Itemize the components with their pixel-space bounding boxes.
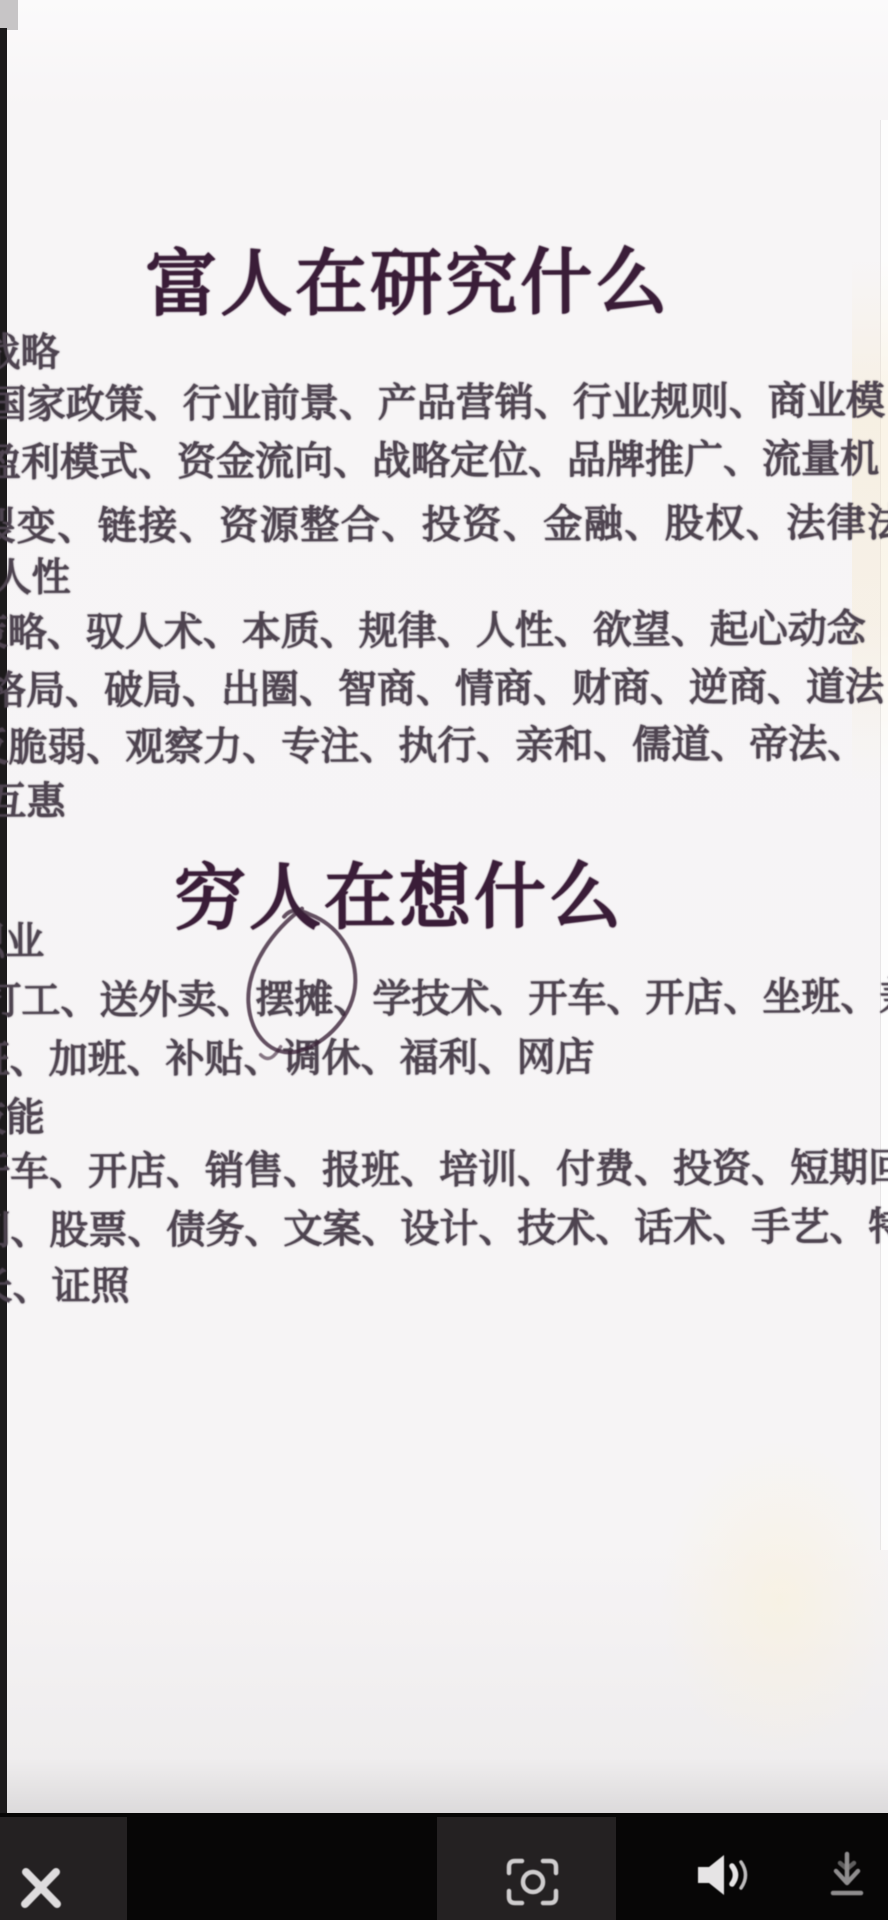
poor-label-career: 职业 bbox=[0, 923, 44, 962]
hand-drawn-circle-annotation bbox=[220, 880, 391, 1071]
close-button[interactable] bbox=[0, 1817, 127, 1920]
poor-line-cert: 长、证照 bbox=[0, 1267, 130, 1307]
download-icon bbox=[824, 1849, 870, 1901]
poor-label-skill: 技能 bbox=[0, 1099, 45, 1138]
player-toolbar bbox=[0, 1813, 888, 1920]
rich-line-fission: 裂变、链接、资源整合、投资、金融、股权、法律法 bbox=[0, 504, 888, 547]
slide-photo[interactable]: 富人在研究什么 战略 国家政策、行业前景、产品营销、行业规则、商业模 盈利模式、… bbox=[0, 0, 888, 1813]
rich-section-title: 富人在研究什么 bbox=[145, 247, 670, 321]
video-viewer-screen: 富人在研究什么 战略 国家政策、行业前景、产品营销、行业规则、商业模 盈利模式、… bbox=[0, 0, 888, 1920]
screen-recognize-icon bbox=[505, 1856, 561, 1908]
slide-text-layer: 富人在研究什么 战略 国家政策、行业前景、产品营销、行业规则、商业模 盈利模式、… bbox=[0, 0, 888, 1813]
poor-line-jobs: 打工、送外卖、摆摊、学技术、开车、开店、坐班、兼 bbox=[0, 978, 888, 1021]
speaker-button[interactable] bbox=[678, 1837, 770, 1917]
close-icon bbox=[15, 1862, 67, 1914]
download-button[interactable] bbox=[810, 1837, 884, 1917]
rich-line-antifragile: 反脆弱、观察力、专注、执行、亲和、儒道、帝法、 bbox=[0, 725, 866, 768]
speaker-icon bbox=[694, 1851, 754, 1899]
rich-line-tactics: 策略、驭人术、本质、规律、人性、欲望、起心动念 bbox=[0, 610, 866, 653]
rich-label-strategy: 战略 bbox=[0, 334, 60, 373]
poor-line-learn: 开车、开店、销售、报班、培训、付费、投资、短期回 bbox=[0, 1149, 888, 1192]
rich-line-mutual: 互惠 bbox=[0, 783, 66, 822]
poor-line-assets: 利、股票、债务、文案、设计、技术、话术、手艺、特 bbox=[0, 1208, 888, 1251]
rich-line-pattern: 格局、破局、出圈、智商、情商、财商、逆商、道法 bbox=[0, 668, 884, 711]
rich-line-profit: 盈利模式、资金流向、战略定位、品牌推广、流量机 bbox=[0, 440, 879, 483]
rich-label-humanity: 人性 bbox=[0, 559, 71, 598]
rich-line-policy: 国家政策、行业前景、产品营销、行业规则、商业模 bbox=[0, 382, 885, 425]
scan-button[interactable] bbox=[437, 1817, 616, 1920]
